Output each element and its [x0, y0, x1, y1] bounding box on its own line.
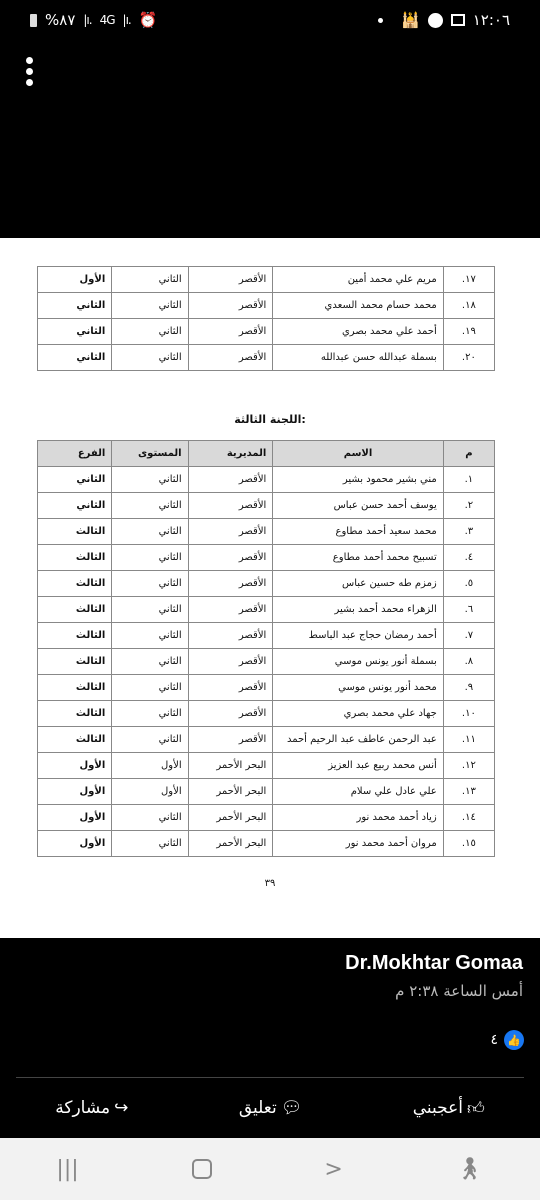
cell-directorate: الأقصر: [188, 571, 273, 597]
post-timestamp[interactable]: أمس الساعة ٢:٣٨ م: [395, 982, 523, 1000]
table-row: ١٣.علي عادل علي سلامالبحر الأحمرالأولالأ…: [38, 779, 495, 805]
cell-level: الثاني: [112, 293, 188, 319]
table-row: ٢.يوسف أحمد حسن عباسالأقصرالثانيالثاني: [38, 493, 495, 519]
comment-icon: 💬︎: [281, 1098, 303, 1118]
cell-level: الثاني: [112, 675, 188, 701]
cell-num: ٥.: [443, 571, 494, 597]
table-row: ١.مني بشير محمود بشيرالأقصرالثانيالثاني: [38, 467, 495, 493]
thumbs-up-icon: 👍︎: [467, 1098, 485, 1119]
cell-name: مروان أحمد محمد نور: [273, 831, 443, 857]
cell-level: الثاني: [112, 519, 188, 545]
cell-level: الثاني: [112, 701, 188, 727]
like-reaction-icon: 👍: [504, 1030, 524, 1050]
share-icon: ↪: [114, 1098, 128, 1118]
mosque-icon: 🕌: [401, 11, 420, 29]
cell-directorate: الأقصر: [188, 649, 273, 675]
cell-num: ١٥.: [443, 831, 494, 857]
header-level: المستوى: [112, 441, 188, 467]
table-row: ٧.أحمد رمضان حجاج عبد الباسطالأقصرالثاني…: [38, 623, 495, 649]
dot-icon: [26, 57, 33, 64]
cell-name: بسملة أنور يونس موسي: [273, 649, 443, 675]
more-options-button[interactable]: [26, 57, 33, 86]
table-row: ٣.محمد سعيد أحمد مطاوعالأقصرالثانيالثالث: [38, 519, 495, 545]
post-footer: Dr.Mokhtar Gomaa أمس الساعة ٢:٣٨ م ٤ 👍 👍…: [0, 938, 540, 1108]
status-right: 🕌 ١٢:٠٦: [378, 11, 510, 29]
cell-name: عبد الرحمن عاطف عبد الرحيم أحمد: [273, 727, 443, 753]
table-row: ٤.تسبيح محمد أحمد مطاوعالأقصرالثانيالثال…: [38, 545, 495, 571]
table-row: ١٥.مروان أحمد محمد نورالبحر الأحمرالثاني…: [38, 831, 495, 857]
cell-name: بسملة عبدالله حسن عبدالله: [273, 345, 443, 371]
cell-level: الثاني: [112, 623, 188, 649]
table-row: ٢٠.بسملة عبدالله حسن عبداللهالأقصرالثاني…: [38, 345, 495, 371]
cell-branch: الثالث: [38, 519, 112, 545]
cell-level: الثاني: [112, 545, 188, 571]
cell-num: ١٧.: [443, 267, 494, 293]
share-button[interactable]: ↪ مشاركة: [55, 1098, 128, 1118]
cell-directorate: الأقصر: [188, 519, 273, 545]
battery-icon: [30, 14, 37, 27]
cell-level: الثاني: [112, 805, 188, 831]
cell-num: ٨.: [443, 649, 494, 675]
signal-icon: |ı.: [83, 13, 91, 27]
cell-directorate: البحر الأحمر: [188, 779, 273, 805]
cell-branch: الأول: [38, 831, 112, 857]
battery-level: %٨٧: [45, 11, 75, 29]
status-left: %٨٧ |ı. 4G |ı. ⏰: [30, 11, 157, 29]
committee-title: اللجنة الثالثة:: [0, 413, 540, 426]
divider: [16, 1077, 524, 1078]
cell-level: الثاني: [112, 649, 188, 675]
cell-directorate: البحر الأحمر: [188, 805, 273, 831]
cell-level: الثاني: [112, 267, 188, 293]
table-header-row: م الاسم المديرية المستوى الفرع: [38, 441, 495, 467]
cell-directorate: البحر الأحمر: [188, 753, 273, 779]
like-label: أعجبني: [413, 1098, 463, 1118]
cell-name: تسبيح محمد أحمد مطاوع: [273, 545, 443, 571]
cell-name: الزهراء محمد أحمد بشير: [273, 597, 443, 623]
cell-num: ١٩.: [443, 319, 494, 345]
network-type: 4G: [100, 13, 115, 27]
header-branch: الفرع: [38, 441, 112, 467]
cell-branch: الثالث: [38, 623, 112, 649]
cell-branch: الثالث: [38, 571, 112, 597]
comment-button[interactable]: 💬︎ تعليق: [239, 1098, 302, 1118]
cell-name: مني بشير محمود بشير: [273, 467, 443, 493]
cell-branch: الثالث: [38, 597, 112, 623]
cell-level: الثاني: [112, 727, 188, 753]
system-nav-bar: ||| > 🚶︎: [0, 1138, 540, 1200]
table-row: ١١.عبد الرحمن عاطف عبد الرحيم أحمدالأقصر…: [38, 727, 495, 753]
reactions-summary[interactable]: ٤ 👍: [490, 1030, 524, 1050]
cell-level: الأول: [112, 753, 188, 779]
page-number: ٣٩: [0, 878, 540, 889]
table-row: ١٢.أنس محمد ربيع عبد العزيزالبحر الأحمرا…: [38, 753, 495, 779]
cell-level: الثاني: [112, 571, 188, 597]
cell-directorate: الأقصر: [188, 597, 273, 623]
cell-directorate: الأقصر: [188, 493, 273, 519]
cell-level: الثاني: [112, 319, 188, 345]
table-row: ١٠.جهاد علي محمد بصريالأقصرالثانيالثالث: [38, 701, 495, 727]
cell-branch: الثاني: [38, 467, 112, 493]
cell-directorate: الأقصر: [188, 727, 273, 753]
cell-branch: الأول: [38, 805, 112, 831]
cell-name: محمد حسام محمد السعدي: [273, 293, 443, 319]
cell-directorate: الأقصر: [188, 701, 273, 727]
cell-num: ٤.: [443, 545, 494, 571]
cell-num: ٣.: [443, 519, 494, 545]
cell-branch: الثاني: [38, 493, 112, 519]
share-label: مشاركة: [55, 1098, 110, 1118]
committee-three-table: م الاسم المديرية المستوى الفرع ١.مني بشي…: [37, 440, 495, 857]
header-directorate: المديرية: [188, 441, 273, 467]
back-button[interactable]: >: [324, 1157, 342, 1182]
cell-num: ٦.: [443, 597, 494, 623]
table-row: ١٤.زياد أحمد محمد نورالبحر الأحمرالثانيا…: [38, 805, 495, 831]
cell-level: الثاني: [112, 493, 188, 519]
cell-name: علي عادل علي سلام: [273, 779, 443, 805]
header-num: م: [443, 441, 494, 467]
cell-num: ١٠.: [443, 701, 494, 727]
table-row: ١٨.محمد حسام محمد السعديالأقصرالثانيالثا…: [38, 293, 495, 319]
cell-num: ١٣.: [443, 779, 494, 805]
cell-directorate: الأقصر: [188, 675, 273, 701]
cell-directorate: الأقصر: [188, 623, 273, 649]
cell-name: جهاد علي محمد بصري: [273, 701, 443, 727]
cell-num: ١١.: [443, 727, 494, 753]
accessibility-button[interactable]: 🚶︎: [456, 1157, 484, 1182]
cell-level: الأول: [112, 779, 188, 805]
signal-icon-2: |ı.: [123, 13, 131, 27]
cell-name: محمد أنور يونس موسي: [273, 675, 443, 701]
document-image[interactable]: ١٧.مريم علي محمد أمينالأقصرالثانيالأول١٨…: [0, 238, 540, 938]
students-table-continued: ١٧.مريم علي محمد أمينالأقصرالثانيالأول١٨…: [37, 266, 495, 371]
dot-icon: [26, 68, 33, 75]
cell-level: الثاني: [112, 467, 188, 493]
table-row: ١٩.أحمد علي محمد بصريالأقصرالثانيالثاني: [38, 319, 495, 345]
cell-name: أحمد علي محمد بصري: [273, 319, 443, 345]
table-row: ٥.زمزم طه حسين عباسالأقصرالثانيالثالث: [38, 571, 495, 597]
cell-num: ١٨.: [443, 293, 494, 319]
cell-name: أحمد رمضان حجاج عبد الباسط: [273, 623, 443, 649]
cell-name: يوسف أحمد حسن عباس: [273, 493, 443, 519]
comment-label: تعليق: [239, 1098, 277, 1118]
clock: ١٢:٠٦: [473, 11, 510, 29]
cell-branch: الأول: [38, 779, 112, 805]
cell-branch: الثاني: [38, 345, 112, 371]
cell-name: أنس محمد ربيع عبد العزيز: [273, 753, 443, 779]
cell-level: الثاني: [112, 597, 188, 623]
cell-num: ١٤.: [443, 805, 494, 831]
cell-level: الثاني: [112, 345, 188, 371]
cell-branch: الثالث: [38, 727, 112, 753]
cell-branch: الثاني: [38, 319, 112, 345]
cell-num: ٢.: [443, 493, 494, 519]
table-row: ١٧.مريم علي محمد أمينالأقصرالثانيالأول: [38, 267, 495, 293]
author-name[interactable]: Dr.Mokhtar Gomaa: [345, 952, 523, 975]
cell-num: ١٢.: [443, 753, 494, 779]
like-button[interactable]: 👍︎ أعجبني: [413, 1098, 485, 1119]
table-row: ٨.بسملة أنور يونس موسيالأقصرالثانيالثالث: [38, 649, 495, 675]
notification-dot-icon: [378, 18, 383, 23]
reaction-count: ٤: [490, 1032, 498, 1048]
cell-directorate: الأقصر: [188, 293, 273, 319]
cell-level: الثاني: [112, 831, 188, 857]
whatsapp-icon: [428, 13, 443, 28]
cell-num: ٧.: [443, 623, 494, 649]
post-actions: 👍︎ أعجبني 💬︎ تعليق ↪ مشاركة: [0, 1088, 540, 1128]
cell-num: ١.: [443, 467, 494, 493]
dot-icon: [26, 79, 33, 86]
cell-branch: الثالث: [38, 701, 112, 727]
home-button[interactable]: [192, 1159, 212, 1179]
table-row: ٩.محمد أنور يونس موسيالأقصرالثانيالثالث: [38, 675, 495, 701]
cell-branch: الثاني: [38, 293, 112, 319]
table-row: ٦.الزهراء محمد أحمد بشيرالأقصرالثانيالثا…: [38, 597, 495, 623]
recent-apps-button[interactable]: |||: [56, 1157, 78, 1182]
cell-directorate: الأقصر: [188, 467, 273, 493]
cell-branch: الثالث: [38, 675, 112, 701]
cell-directorate: الأقصر: [188, 267, 273, 293]
cell-directorate: الأقصر: [188, 545, 273, 571]
cell-branch: الأول: [38, 267, 112, 293]
gallery-icon: [451, 14, 465, 26]
cell-num: ٩.: [443, 675, 494, 701]
cell-branch: الثالث: [38, 649, 112, 675]
header-name: الاسم: [273, 441, 443, 467]
cell-directorate: البحر الأحمر: [188, 831, 273, 857]
cell-directorate: الأقصر: [188, 345, 273, 371]
alarm-icon: ⏰: [139, 11, 158, 29]
cell-name: زياد أحمد محمد نور: [273, 805, 443, 831]
cell-num: ٢٠.: [443, 345, 494, 371]
cell-branch: الأول: [38, 753, 112, 779]
cell-name: محمد سعيد أحمد مطاوع: [273, 519, 443, 545]
status-bar: %٨٧ |ı. 4G |ı. ⏰ 🕌 ١٢:٠٦: [0, 0, 540, 40]
cell-branch: الثالث: [38, 545, 112, 571]
cell-name: مريم علي محمد أمين: [273, 267, 443, 293]
cell-directorate: الأقصر: [188, 319, 273, 345]
cell-name: زمزم طه حسين عباس: [273, 571, 443, 597]
